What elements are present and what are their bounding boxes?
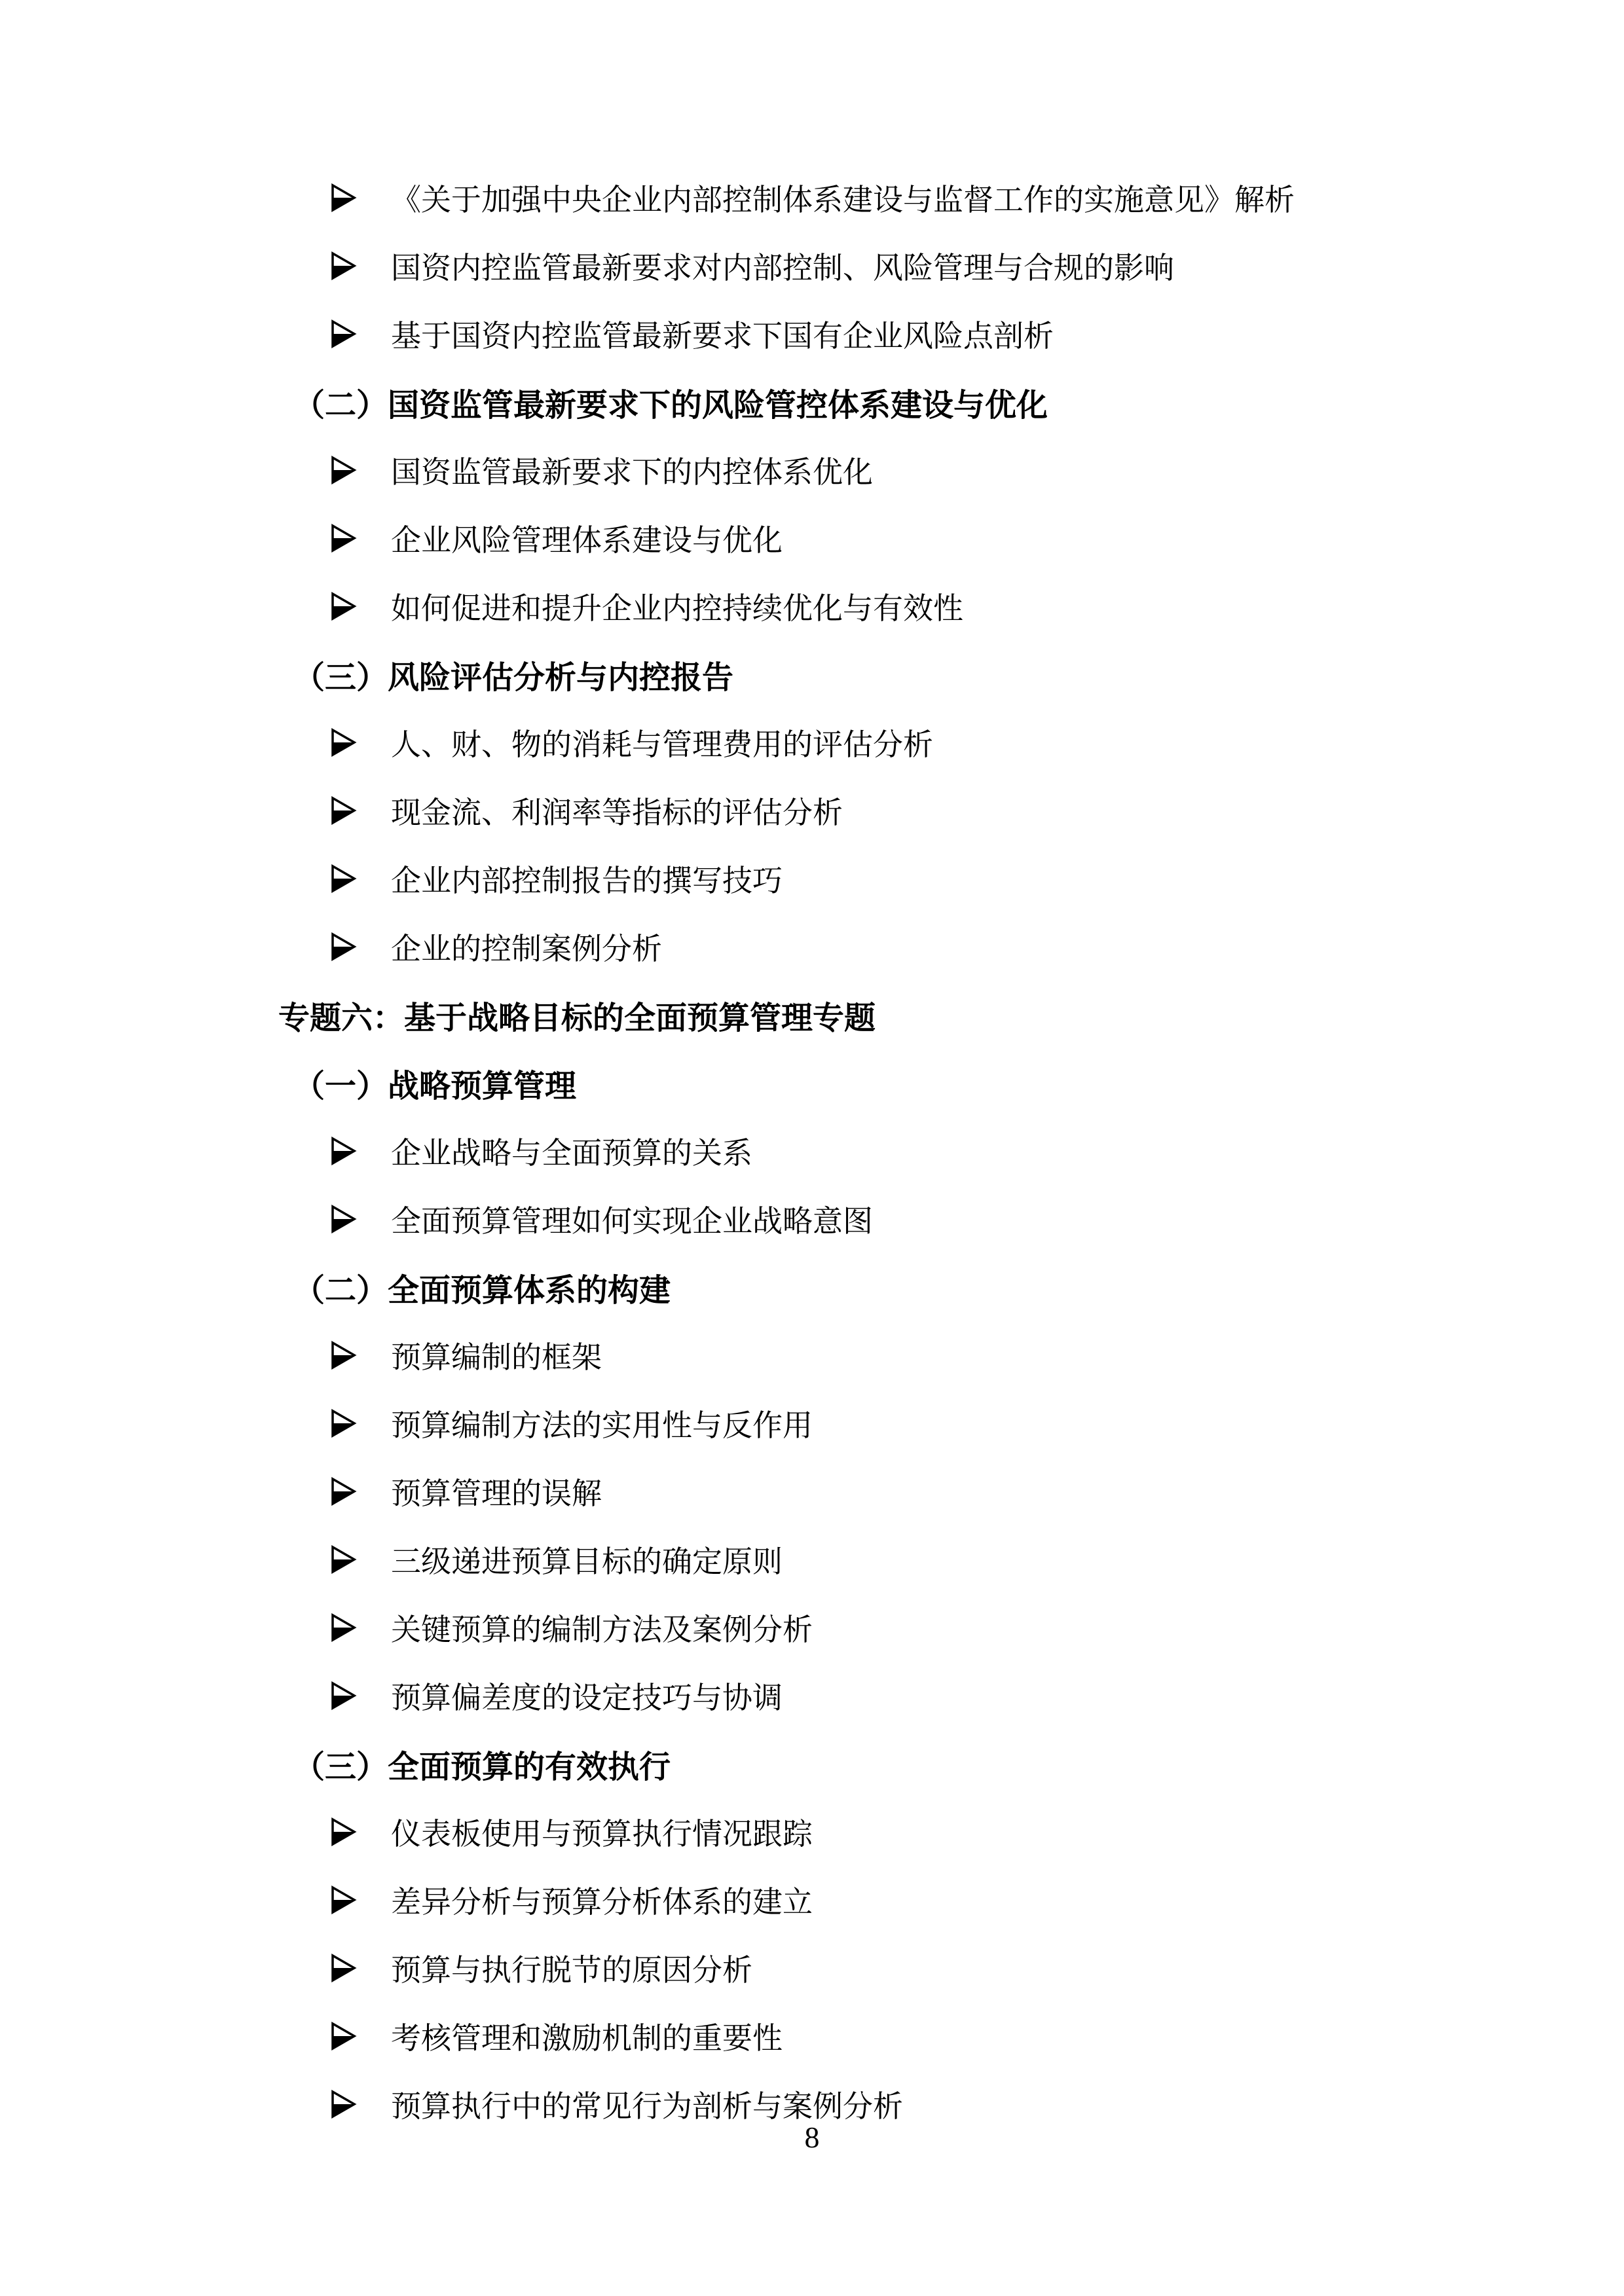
arrow-bullet-icon — [331, 2022, 357, 2050]
arrow-bullet-icon — [331, 456, 357, 484]
bullet-text: 预算编制方法的实用性与反作用 — [391, 1402, 813, 1445]
section-heading: （二）国资监管最新要求下的风险管控体系建设与优化 — [0, 368, 1624, 436]
bullet-text: 仪表板使用与预算执行情况跟踪 — [391, 1810, 813, 1853]
bullet-text: 考核管理和激励机制的重要性 — [391, 2014, 783, 2058]
bullet-text: 关键预算的编制方法及案例分析 — [391, 1606, 813, 1649]
arrow-bullet-icon — [331, 796, 357, 825]
arrow-bullet-icon — [331, 1681, 357, 1710]
heading-text: 专题六：基于战略目标的全面预算管理专题 — [278, 993, 876, 1038]
arrow-bullet-icon — [331, 1477, 357, 1506]
bullet-item: 企业风险管理体系建设与优化 — [0, 504, 1624, 572]
bullet-text: 国资监管最新要求下的内控体系优化 — [391, 448, 873, 492]
heading-text: （一）战略预算管理 — [293, 1061, 576, 1106]
bullet-text: 人、财、物的消耗与管理费用的评估分析 — [391, 721, 933, 764]
bullet-item: 差异分析与预算分析体系的建立 — [0, 1866, 1624, 1934]
arrow-bullet-icon — [331, 1886, 357, 1914]
bullet-text: 企业战略与全面预算的关系 — [391, 1129, 752, 1173]
bullet-item: 《关于加强中央企业内部控制体系建设与监督工作的实施意见》解析 — [0, 164, 1624, 232]
content-lines: 《关于加强中央企业内部控制体系建设与监督工作的实施意见》解析国资内控监管最新要求… — [0, 164, 1624, 2138]
bullet-item: 预算编制方法的实用性与反作用 — [0, 1389, 1624, 1457]
bullet-text: 现金流、利润率等指标的评估分析 — [391, 789, 843, 832]
bullet-text: 全面预算管理如何实现企业战略意图 — [391, 1197, 873, 1241]
bullet-text: 国资内控监管最新要求对内部控制、风险管理与合规的影响 — [391, 244, 1174, 287]
bullet-item: 如何促进和提升企业内控持续优化与有效性 — [0, 572, 1624, 640]
bullet-item: 预算管理的误解 — [0, 1457, 1624, 1525]
bullet-item: 预算偏差度的设定技巧与协调 — [0, 1662, 1624, 1730]
bullet-item: 国资监管最新要求下的内控体系优化 — [0, 436, 1624, 504]
bullet-text: 企业风险管理体系建设与优化 — [391, 517, 783, 560]
topic-heading: 专题六：基于战略目标的全面预算管理专题 — [0, 981, 1624, 1049]
arrow-bullet-icon — [331, 932, 357, 961]
section-heading: （二）全面预算体系的构建 — [0, 1253, 1624, 1321]
bullet-text: 差异分析与预算分析体系的建立 — [391, 1878, 813, 1922]
bullet-item: 仪表板使用与预算执行情况跟踪 — [0, 1798, 1624, 1866]
bullet-text: 如何促进和提升企业内控持续优化与有效性 — [391, 585, 963, 628]
bullet-item: 企业战略与全面预算的关系 — [0, 1117, 1624, 1185]
bullet-item: 企业的控制案例分析 — [0, 913, 1624, 981]
bullet-item: 关键预算的编制方法及案例分析 — [0, 1594, 1624, 1662]
bullet-text: 企业的控制案例分析 — [391, 925, 662, 968]
bullet-item: 国资内控监管最新要求对内部控制、风险管理与合规的影响 — [0, 232, 1624, 300]
bullet-item: 预算与执行脱节的原因分析 — [0, 1934, 1624, 2002]
bullet-text: 《关于加强中央企业内部控制体系建设与监督工作的实施意见》解析 — [391, 176, 1295, 219]
arrow-bullet-icon — [331, 319, 357, 348]
arrow-bullet-icon — [331, 1137, 357, 1165]
heading-text: （三）风险评估分析与内控报告 — [293, 652, 733, 697]
bullet-item: 全面预算管理如何实现企业战略意图 — [0, 1185, 1624, 1253]
arrow-bullet-icon — [331, 524, 357, 553]
bullet-text: 预算编制的框架 — [391, 1334, 602, 1377]
arrow-bullet-icon — [331, 183, 357, 212]
arrow-bullet-icon — [331, 1954, 357, 1982]
document-page: 《关于加强中央企业内部控制体系建设与监督工作的实施意见》解析国资内控监管最新要求… — [0, 0, 1624, 2296]
bullet-text: 基于国资内控监管最新要求下国有企业风险点剖析 — [391, 312, 1054, 355]
arrow-bullet-icon — [331, 728, 357, 757]
arrow-bullet-icon — [331, 251, 357, 280]
section-heading: （三）风险评估分析与内控报告 — [0, 640, 1624, 708]
arrow-bullet-icon — [331, 1613, 357, 1642]
section-heading: （三）全面预算的有效执行 — [0, 1730, 1624, 1798]
arrow-bullet-icon — [331, 1341, 357, 1370]
page-number: 8 — [805, 2121, 820, 2154]
arrow-bullet-icon — [331, 1409, 357, 1438]
bullet-item: 考核管理和激励机制的重要性 — [0, 2002, 1624, 2070]
arrow-bullet-icon — [331, 1205, 357, 1233]
arrow-bullet-icon — [331, 1817, 357, 1846]
section-heading: （一）战略预算管理 — [0, 1049, 1624, 1117]
page-footer: 8 — [0, 2120, 1624, 2155]
bullet-text: 预算偏差度的设定技巧与协调 — [391, 1674, 783, 1717]
arrow-bullet-icon — [331, 592, 357, 621]
heading-text: （三）全面预算的有效执行 — [293, 1741, 671, 1787]
arrow-bullet-icon — [331, 2090, 357, 2119]
bullet-text: 预算管理的误解 — [391, 1470, 602, 1513]
heading-text: （二）国资监管最新要求下的风险管控体系建设与优化 — [293, 380, 1048, 425]
bullet-text: 三级递进预算目标的确定原则 — [391, 1538, 783, 1581]
bullet-item: 基于国资内控监管最新要求下国有企业风险点剖析 — [0, 300, 1624, 368]
heading-text: （二）全面预算体系的构建 — [293, 1265, 671, 1310]
bullet-item: 预算编制的框架 — [0, 1321, 1624, 1389]
bullet-item: 企业内部控制报告的撰写技巧 — [0, 845, 1624, 913]
arrow-bullet-icon — [331, 1545, 357, 1574]
bullet-item: 三级递进预算目标的确定原则 — [0, 1525, 1624, 1594]
bullet-text: 企业内部控制报告的撰写技巧 — [391, 857, 783, 900]
arrow-bullet-icon — [331, 864, 357, 893]
bullet-item: 人、财、物的消耗与管理费用的评估分析 — [0, 708, 1624, 776]
bullet-item: 现金流、利润率等指标的评估分析 — [0, 776, 1624, 845]
bullet-text: 预算与执行脱节的原因分析 — [391, 1946, 752, 1990]
